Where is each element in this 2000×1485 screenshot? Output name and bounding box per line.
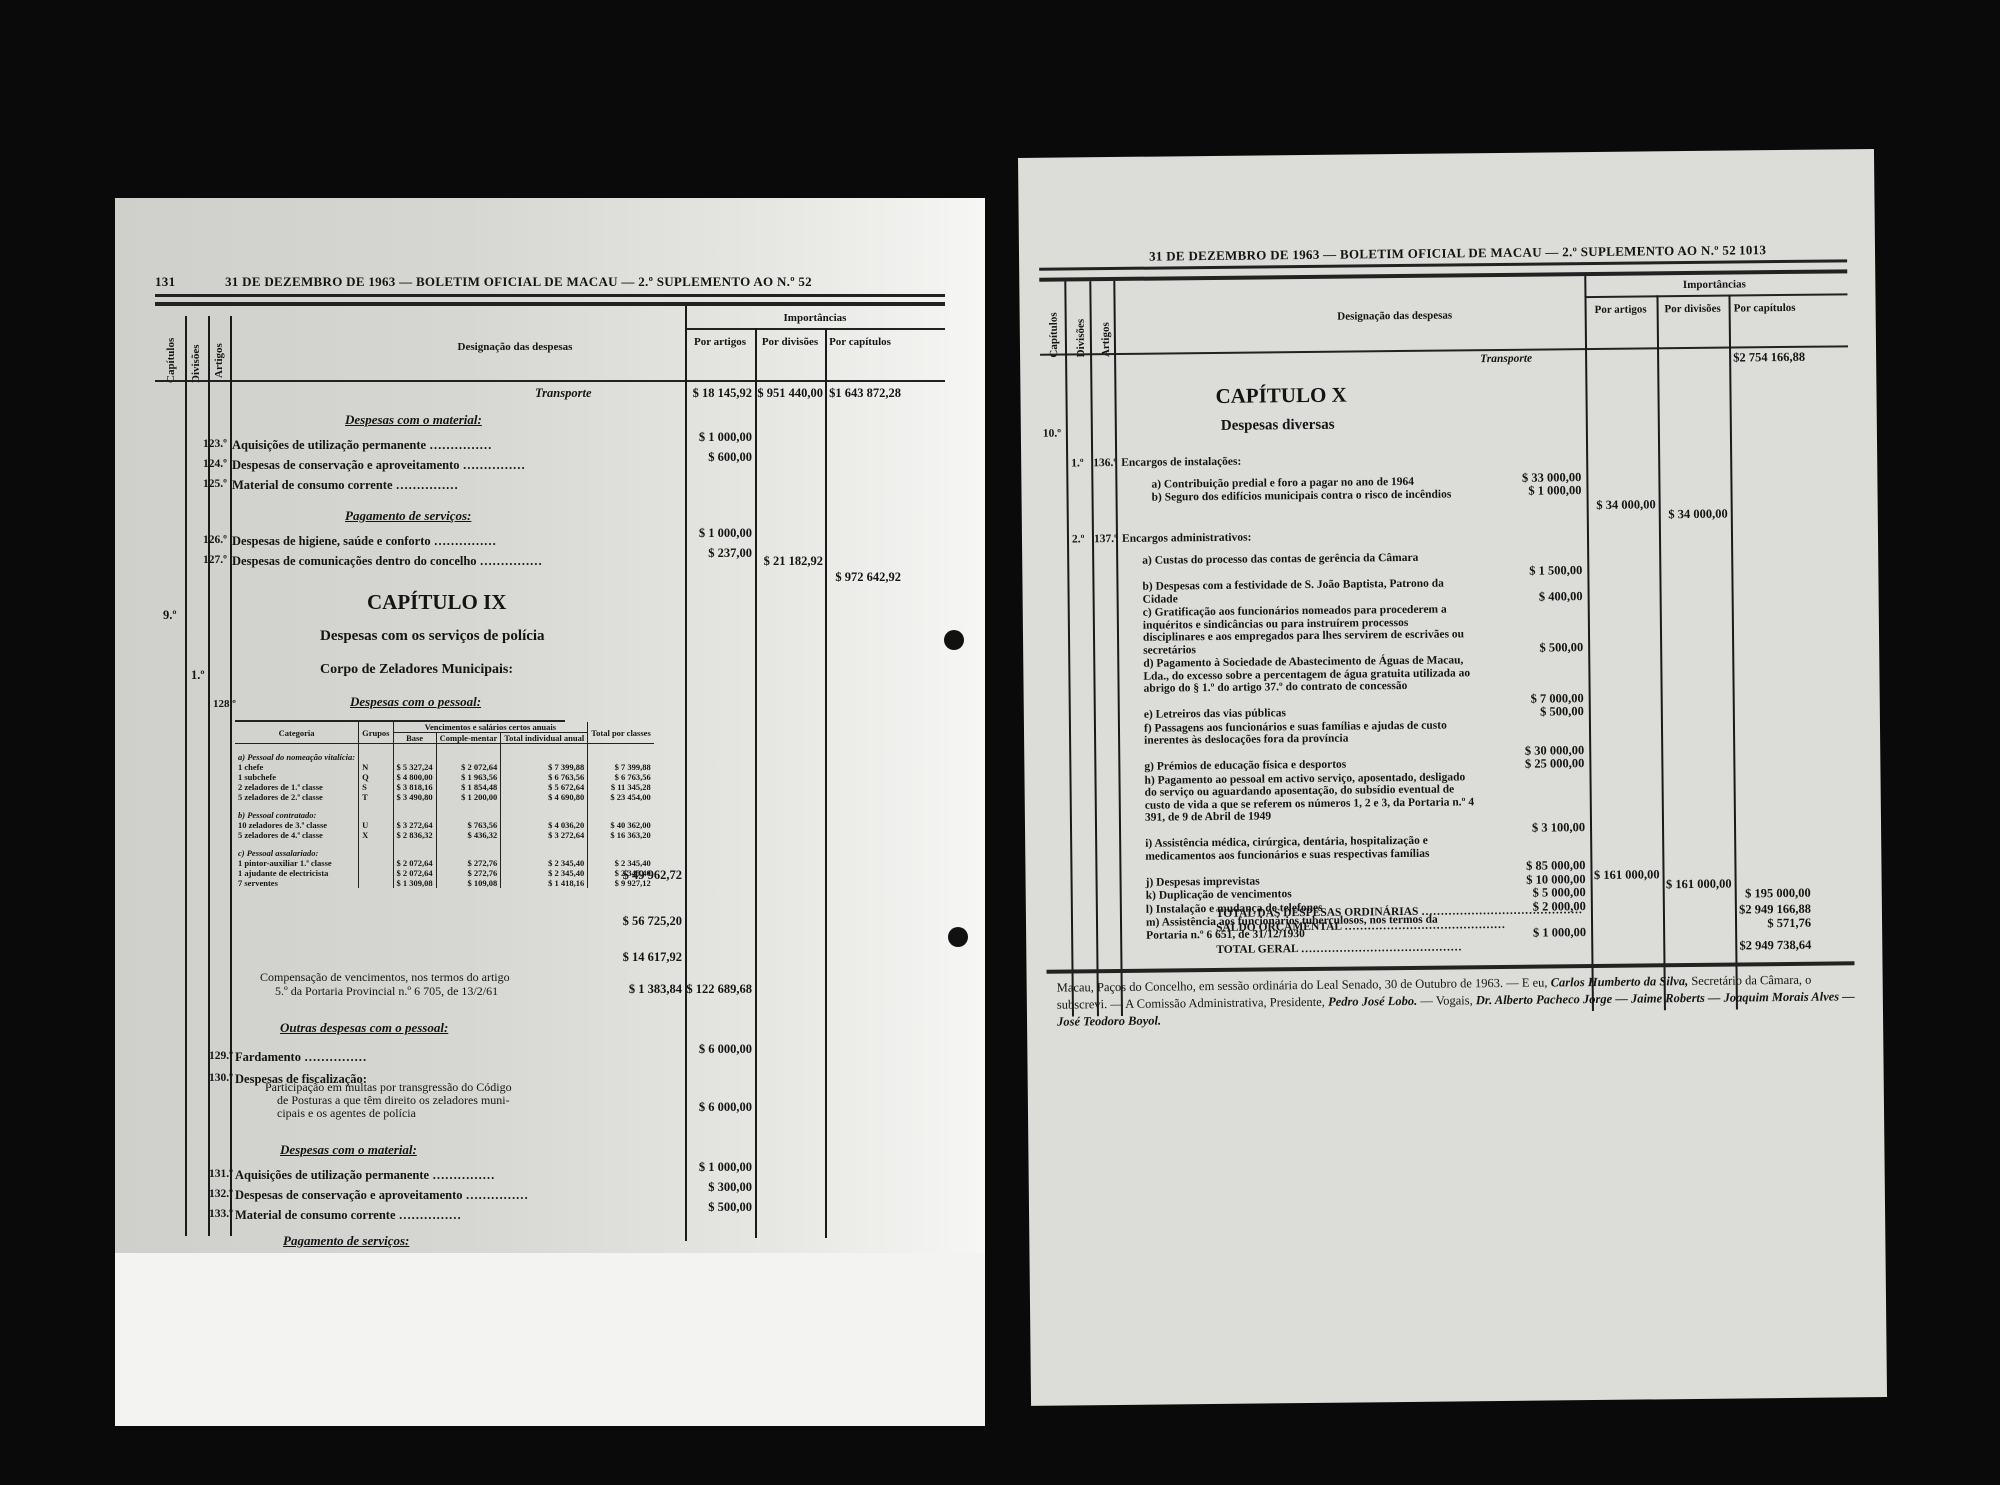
col-por-divisoes: Por divisões	[1657, 303, 1729, 316]
cell-grupo: N	[359, 762, 393, 772]
cell-complementar: $ 436,32	[436, 830, 501, 840]
cell-base: $ 3 272,64	[393, 820, 436, 830]
cell-categoria: 7 serventes	[235, 878, 359, 888]
staff-table: Categoria Grupos Vencimentos e salários …	[235, 722, 654, 888]
compensacao-value: $ 1 383,84	[610, 982, 682, 997]
cell-total-individual: $ 1 418,16	[501, 878, 588, 888]
group-label: c) Pessoal assalariado:	[235, 840, 359, 858]
cell-total-classes: $ 11 345,28	[588, 782, 654, 792]
total-136-artigo: $ 34 000,00	[1584, 497, 1656, 513]
binder-hole	[948, 927, 968, 947]
th-vencimentos: Vencimentos e salários certos anuais	[393, 722, 588, 733]
article-description: Despesas de conservação e aproveitamento…	[235, 1188, 528, 1203]
cell-categoria: 1 chefe	[235, 762, 359, 772]
item-value: $ 1 000,00	[1501, 483, 1581, 499]
article-number: 133.º	[209, 1208, 233, 1220]
item-description: b) Seguro dos edifícios municipais contr…	[1152, 488, 1452, 504]
cell-total-individual: $ 2 345,40	[501, 858, 588, 868]
cell-categoria: 1 ajudante de electricista	[235, 868, 359, 878]
group-label: b) Pessoal contratado:	[235, 802, 359, 820]
item-description: a) Custas do processo das contas de gerê…	[1142, 551, 1472, 567]
th-grupos: Grupos	[359, 722, 393, 744]
article-number: 131.º	[209, 1168, 233, 1180]
cell-complementar: $ 272,76	[436, 868, 501, 878]
th-base: Base	[393, 733, 436, 744]
chapter-num: 9.º	[163, 608, 177, 623]
cell-categoria: 5 zeladores de 2.ª classe	[235, 792, 359, 802]
cell-grupo: U	[359, 820, 393, 830]
cell-base: $ 2 072,64	[393, 868, 436, 878]
transporte-label: Transporte	[535, 386, 592, 401]
item-value: $ 500,00	[1504, 704, 1584, 720]
fiscalizacao-text: cipais e os agentes de polícia	[277, 1106, 416, 1121]
col-divisoes: Divisões	[1075, 319, 1087, 358]
a-transportar-value: $2 754 166,88	[821, 1312, 901, 1327]
article-136: 136.º	[1093, 457, 1117, 470]
article-number: 123.º	[203, 438, 227, 450]
division-137: 2.º	[1072, 533, 1085, 546]
article-number: 125.º	[203, 478, 227, 490]
group-subtotal: $ 49 962,72	[610, 868, 682, 883]
cell-base: $ 5 327,24	[393, 762, 436, 772]
cell-grupo: Q	[359, 772, 393, 782]
col-por-artigos: Por artigos	[685, 336, 755, 348]
col-por-divisoes: Por divisões	[755, 336, 825, 348]
section-outras: Outras despesas com o pessoal:	[280, 1020, 448, 1036]
article-number: 127.º	[203, 554, 227, 566]
col-artigos: Artigos	[213, 343, 225, 378]
cell-total-classes: $ 23 454,00	[588, 792, 654, 802]
fiscalizacao-value: $ 6 000,00	[680, 1100, 752, 1115]
article-number: 124.º	[203, 458, 227, 470]
total-136-divisao: $ 34 000,00	[1656, 507, 1728, 523]
importancias-header: Importâncias	[685, 312, 945, 324]
subtotal-divisao: $ 21 182,92	[751, 554, 823, 569]
table-row: 1 subchefeQ$ 4 800,00$ 1 963,56$ 6 763,5…	[235, 772, 654, 782]
page-number: 1013	[1739, 242, 1766, 258]
total-label: TOTAL GERAL ……………………………………	[1216, 941, 1462, 956]
cell-grupo: T	[359, 792, 393, 802]
th-total-individual: Total individual anual	[501, 733, 588, 744]
col-designacao: Designação das despesas	[365, 341, 665, 353]
page-number: 131	[155, 274, 175, 290]
cell-total-individual: $ 6 763,56	[501, 772, 588, 782]
th-categoria: Categoria	[235, 722, 359, 744]
table-row: 1 ajudante de electricista$ 2 072,64$ 27…	[235, 868, 654, 878]
article-number: 126.º	[203, 534, 227, 546]
article-value: $ 162,00	[680, 1272, 752, 1287]
cell-complementar: $ 763,56	[436, 820, 501, 830]
compensacao-text-2: 5.º da Portaria Provincial n.º 6 705, de…	[275, 984, 498, 999]
cell-grupo: X	[359, 830, 393, 840]
item-description: f) Passagens aos funcionários e suas fam…	[1144, 719, 1474, 747]
cell-grupo: S	[359, 782, 393, 792]
chapter-num: 10.º	[1043, 428, 1061, 441]
item-value: $ 500,00	[1503, 640, 1583, 656]
cell-base: $ 2 836,32	[393, 830, 436, 840]
left-page: 131 31 DE DEZEMBRO DE 1963 — BOLETIM OFI…	[115, 198, 985, 1426]
running-header: 31 DE DEZEMBRO DE 1963 — BOLETIM OFICIAL…	[225, 274, 812, 290]
subtotal-capitulo: $ 972 642,92	[821, 570, 901, 585]
total-capitulo-9: $ 137 651,68	[821, 1290, 901, 1305]
article-137-title: Encargos administrativos:	[1122, 532, 1251, 546]
cell-base: $ 1 309,08	[393, 878, 436, 888]
transporte-value: $2 754 166,88	[1725, 350, 1805, 366]
article-value: $ 600,00	[680, 450, 752, 465]
chapter-subtitle: Despesas com os serviços de polícia	[320, 628, 545, 645]
chapter-title: CAPÍTULO X	[1215, 383, 1347, 409]
table-row: 2 zeladores de 1.ª classeS$ 3 818,16$ 1 …	[235, 782, 654, 792]
col-artigos: Artigos	[1100, 322, 1112, 357]
article-description: Despesas de higiene, saúde e conforto ………	[232, 534, 496, 549]
table-row: 5 zeladores de 2.ª classeT$ 3 490,80$ 1 …	[235, 792, 654, 802]
cell-complementar: $ 1 200,00	[436, 792, 501, 802]
th-total-classes: Total por classes	[588, 722, 654, 744]
cell-total-classes: $ 7 399,88	[588, 762, 654, 772]
division-136: 1.º	[1071, 457, 1084, 470]
article-number: 134.º	[209, 1260, 233, 1272]
cell-complementar: $ 2 072,64	[436, 762, 501, 772]
cell-total-classes: $ 40 362,00	[588, 820, 654, 830]
item-value: $ 1 000,00	[1506, 925, 1586, 941]
total-capitulo-10: $ 195 000,00	[1731, 886, 1811, 902]
group-subtotal: $ 14 617,92	[610, 950, 682, 965]
article-value: $ 237,00	[680, 546, 752, 561]
total-divisao-9: $ 137 651,68	[751, 1281, 823, 1296]
article-value: $ 1 000,00	[680, 1252, 752, 1267]
division-title: Corpo de Zeladores Municipais:	[320, 662, 513, 678]
total-137-artigo: $ 161 000,00	[1587, 867, 1659, 883]
item-value: $ 3 100,00	[1505, 820, 1585, 836]
chapter-subtitle: Despesas diversas	[1221, 417, 1335, 435]
section-material-1: Despesas com o material:	[345, 412, 482, 428]
total-label: TOTAL DAS DESPESAS ORDINÁRIAS ……………………………	[1216, 904, 1582, 920]
col-capitulos: Capítulos	[165, 338, 177, 383]
group-label-row: c) Pessoal assalariado:	[235, 840, 654, 858]
group-label-row: a) Pessoal do nomeação vitalícia:	[235, 744, 654, 763]
cell-complementar: $ 1 963,56	[436, 772, 501, 782]
th-complementar: Comple-mentar	[436, 733, 501, 744]
table-row: 5 zeladores de 4.ª classeX$ 2 836,32$ 43…	[235, 830, 654, 840]
cell-grupo	[359, 858, 393, 868]
division-num: 1.º	[191, 668, 205, 683]
signature-block: Macau, Paços do Concelho, em sessão ordi…	[1057, 971, 1857, 1030]
cell-total-individual: $ 4 036,20	[501, 820, 588, 830]
col-capitulos: Capítulos	[1048, 312, 1060, 357]
item-description: i) Assistência médica, cirúrgica, dentár…	[1145, 834, 1475, 862]
cell-total-individual: $ 2 345,40	[501, 868, 588, 878]
cell-base: $ 3 490,80	[393, 792, 436, 802]
binder-hole	[944, 630, 964, 650]
article-description: Despesas de comunicações dentro do conce…	[232, 554, 542, 569]
cell-complementar: $ 109,08	[436, 878, 501, 888]
cell-grupo	[359, 868, 393, 878]
cell-base: $ 2 072,64	[393, 858, 436, 868]
cell-categoria: 2 zeladores de 1.ª classe	[235, 782, 359, 792]
article-136-title: Encargos de instalações:	[1121, 456, 1241, 470]
article-description: Despesas de higiene, saúde e conforto ………	[235, 1260, 499, 1275]
cell-total-classes: $ 6 763,56	[588, 772, 654, 782]
article-description: Fardamento ……………	[235, 1050, 367, 1065]
col-por-artigos: Por artigos	[1585, 303, 1657, 316]
article-number: 132.º	[209, 1188, 233, 1200]
cell-categoria: 1 pintor-auxiliar 1.ª classe	[235, 858, 359, 868]
cell-complementar: $ 1 854,48	[436, 782, 501, 792]
section-pessoal: Despesas com o pessoal:	[350, 694, 481, 710]
article-number: 129.º	[209, 1050, 233, 1062]
article-128: 128.º	[213, 698, 236, 710]
col-por-capitulos: Por capítulos	[1729, 302, 1801, 315]
table-row: 1 chefeN$ 5 327,24$ 2 072,64$ 7 399,88$ …	[235, 762, 654, 772]
article-value: $ 500,00	[680, 1200, 752, 1215]
transporte-label: Transporte	[1480, 353, 1532, 366]
cell-categoria: 5 zeladores de 4.ª classe	[235, 830, 359, 840]
cell-total-classes: $ 16 363,20	[588, 830, 654, 840]
section-servicos-1: Pagamento de serviços:	[345, 508, 471, 524]
item-value: $ 1 500,00	[1502, 563, 1582, 579]
cell-categoria: 1 subchefe	[235, 772, 359, 782]
cell-total-individual: $ 3 272,64	[501, 830, 588, 840]
compensacao-text-1: Compensação de vencimentos, nos termos d…	[260, 970, 510, 985]
col-designacao: Designação das despesas	[1210, 308, 1580, 324]
article-description: Aquisições de utilização permanente ……………	[232, 438, 492, 453]
item-description: c) Gratificação aos funcionários nomeado…	[1143, 603, 1474, 656]
transporte-capitulos: $1 643 872,28	[821, 386, 901, 401]
article-number: 135.º	[209, 1280, 233, 1292]
cell-total-individual: $ 5 672,64	[501, 782, 588, 792]
section-material-2: Despesas com o material:	[280, 1142, 417, 1158]
col-divisoes: Divisões	[190, 345, 202, 384]
table-row: 7 serventes$ 1 309,08$ 109,08$ 1 418,16$…	[235, 878, 654, 888]
article-description: Aquisições de utilização permanente ……………	[235, 1168, 495, 1183]
importancias-header: Importâncias	[1584, 277, 1844, 292]
item-description: d) Pagamento à Sociedade de Abasteciment…	[1143, 654, 1473, 695]
item-description: b) Despesas com a festividade de S. João…	[1142, 577, 1472, 605]
total-value: $ 571,76	[1731, 916, 1811, 932]
cell-grupo	[359, 878, 393, 888]
article-value: $ 6 000,00	[680, 1042, 752, 1057]
cell-base: $ 4 800,00	[393, 772, 436, 782]
group-subtotal: $ 56 725,20	[610, 914, 682, 929]
cell-total-individual: $ 4 690,80	[501, 792, 588, 802]
article-value: $ 300,00	[680, 1180, 752, 1195]
cell-total-individual: $ 7 399,88	[501, 762, 588, 772]
article-number: 130.º	[209, 1072, 233, 1084]
col-por-capitulos: Por capítulos	[825, 336, 895, 348]
article-description: Despesas de conservação e aproveitamento…	[232, 458, 525, 473]
article-value: $ 1 000,00	[680, 1160, 752, 1175]
table-row: 1 pintor-auxiliar 1.ª classe$ 2 072,64$ …	[235, 858, 654, 868]
article-value: $ 1 000,00	[680, 430, 752, 445]
cell-base: $ 3 818,16	[393, 782, 436, 792]
cell-categoria: 10 zeladores de 3.ª classe	[235, 820, 359, 830]
article-description: Material de consumo corrente ……………	[232, 478, 458, 493]
table-row: 10 zeladores de 3.ª classeU$ 3 272,64$ 7…	[235, 820, 654, 830]
cell-complementar: $ 272,76	[436, 858, 501, 868]
item-description: h) Pagamento ao pessoal em activo serviç…	[1144, 771, 1475, 824]
transporte-artigos: $ 18 145,92	[680, 386, 752, 401]
a-transportar-label: A transportar	[615, 1320, 684, 1335]
article-137: 137.º	[1094, 533, 1118, 546]
total-128: $ 122 689,68	[680, 982, 752, 997]
article-description: Despesas de comunicações dentro do conce…	[235, 1280, 545, 1295]
total-value: $2 949 738,64	[1731, 938, 1811, 954]
total-137-divisao: $ 161 000,00	[1660, 877, 1732, 893]
group-label: a) Pessoal do nomeação vitalícia:	[235, 744, 359, 763]
section-servicos-2: Pagamento de serviços:	[283, 1233, 409, 1249]
transporte-divisoes: $ 951 440,00	[751, 386, 823, 401]
right-page: 31 DE DEZEMBRO DE 1963 — BOLETIM OFICIAL…	[1018, 149, 1887, 1406]
group-label-row: b) Pessoal contratado:	[235, 802, 654, 820]
item-value: $ 400,00	[1503, 589, 1583, 605]
chapter-title: CAPÍTULO IX	[367, 590, 506, 615]
article-description: Material de consumo corrente ……………	[235, 1208, 461, 1223]
item-value: $ 25 000,00	[1504, 756, 1584, 772]
cell-total-classes: $ 2 345,40	[588, 858, 654, 868]
article-value: $ 1 000,00	[680, 526, 752, 541]
